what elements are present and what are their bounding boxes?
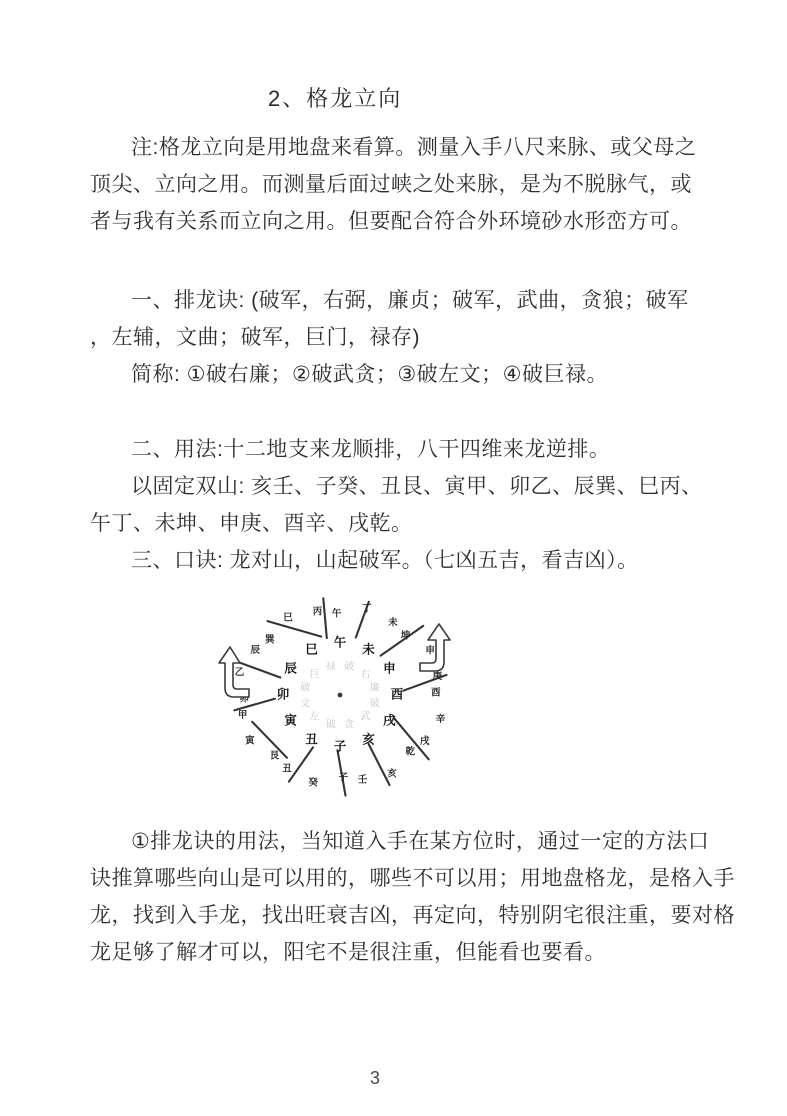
compass-char: 寅: [245, 735, 255, 747]
compass-char: 寅: [284, 713, 297, 728]
compass-char: 文: [300, 697, 310, 709]
compass-tick: [268, 621, 322, 637]
compass-char: 辛: [436, 713, 446, 725]
compass-char: 破: [300, 681, 310, 694]
compass-char: 亥: [362, 732, 375, 747]
compass-center-dot: [338, 693, 343, 698]
compass-char: 破: [344, 660, 354, 673]
compass-char: 酉: [391, 687, 404, 702]
document-page: 2、格龙立向 注:格龙立向是用地盘来看算。测量入手八尺来脉、或父母之 顶尖、立向…: [0, 0, 787, 1116]
compass-char: 丑: [305, 733, 318, 747]
text-line: 二、用法:十二地支来龙顺排，八干四维来龙逆排。: [90, 431, 730, 468]
text-line: 三、口诀: 龙对山，山起破军。（七凶五吉，看吉凶）。: [90, 542, 730, 579]
compass-char: 巳: [283, 613, 293, 624]
compass-char: 戌: [383, 713, 396, 728]
compass-char: 申: [383, 661, 396, 676]
compass-tick: [323, 598, 327, 638]
compass-char: 癸: [308, 776, 318, 788]
text-line: 龙足够了解才可以，阳宅不是很注重，但能看也要看。: [90, 934, 730, 971]
text-line: 龙，找到入手龙，找出旺衰吉凶，再定向，特别阴宅很注重，要对格: [90, 897, 730, 934]
compass-char: 右: [361, 668, 371, 680]
text-line: 注:格龙立向是用地盘来看算。测量入手八尺来脉、或父母之: [90, 129, 730, 166]
text-line: 以固定双山: 亥壬、子癸、丑艮、寅甲、卯乙、辰巽、巳丙、: [90, 468, 730, 505]
compass-char: 壬: [358, 773, 368, 785]
compass-char: 艮: [270, 750, 280, 762]
compass-char: 禄: [326, 661, 336, 673]
text-line: 顶尖、立向之用。而测量后面过峡之处来脉，是为不脱脉气，或: [90, 166, 730, 203]
compass-char: 未: [362, 642, 375, 657]
compass-char: 卯: [277, 687, 290, 702]
section-yongfa: 二、用法:十二地支来龙顺排，八干四维来龙逆排。 以固定双山: 亥壬、子癸、丑艮、…: [90, 431, 730, 579]
compass-char: 丑: [282, 763, 292, 774]
compass-char: 巳: [305, 643, 318, 657]
compass-char: 辰: [284, 661, 297, 676]
compass-char: 戌: [420, 735, 430, 747]
compass-char: 甲: [238, 710, 248, 721]
compass-char: 子: [339, 773, 349, 784]
compass-char: 贪: [344, 718, 355, 731]
paragraph-usage: ①排龙诀的用法，当知道入手在某方位时，通过一定的方法口 诀推算哪些向山是可以用的…: [90, 823, 730, 971]
compass-char: 辰: [250, 644, 260, 656]
paragraph-note: 注:格龙立向是用地盘来看算。测量入手八尺来脉、或父母之 顶尖、立向之用。而测量后…: [90, 129, 730, 240]
compass-char: 丁: [362, 604, 372, 615]
compass-char: 亥: [387, 767, 397, 779]
text-line: 简称: ①破右廉；②破武贪；③破左文；④破巨禄。: [90, 356, 730, 393]
text-line: ，左辅，文曲；破军，巨门，禄存): [90, 319, 730, 356]
text-line: 午丁、未坤、申庚、酉辛、戌乾。: [90, 505, 730, 542]
section-pailong-jue: 一、排龙诀: (破军，右弼，廉贞；破军，武曲，贪狼；破军 ，左辅，文曲；破军，巨…: [90, 282, 730, 393]
compass-char: 左: [310, 710, 320, 723]
text-line: 一、排龙诀: (破军，右弼，廉贞；破军，武曲，贪狼；破军: [90, 282, 730, 319]
compass-char: 武: [361, 710, 371, 723]
compass-char: 破: [370, 696, 380, 709]
compass-char: 巨: [310, 668, 320, 680]
compass-diagram: 午丁未坤申庚酉辛戌乾亥壬子癸丑艮寅甲卯乙辰巽巳丙 午未申酉戌亥子丑寅卯辰巳 破右…: [193, 583, 493, 798]
compass-char: 酉: [431, 687, 441, 699]
compass-char: 子: [334, 740, 347, 754]
text-line: 诀推算哪些向山是可以用的，哪些不可以用；用地盘格龙，是格入手: [90, 860, 730, 897]
compass-char: 乙: [235, 667, 245, 678]
compass-char: 未: [388, 617, 398, 629]
text-line: 者与我有关系而立向之用。但要配合符合外环境砂水形峦方可。: [90, 203, 730, 240]
compass-char: 庚: [433, 670, 443, 682]
compass-char: 坤: [401, 630, 411, 642]
page-title: 2、格龙立向: [268, 82, 402, 113]
compass-char: 午: [334, 635, 347, 650]
compass-char: 廉: [370, 681, 380, 694]
compass-char: 午: [332, 608, 342, 620]
compass-char: 申: [425, 645, 435, 657]
compass-char: 乾: [405, 745, 415, 757]
text-line: ①排龙诀的用法，当知道入手在某方位时，通过一定的方法口: [90, 823, 730, 860]
page-number: 3: [0, 1068, 750, 1089]
compass-char: 丙: [313, 606, 323, 618]
compass-char: 巽: [265, 634, 275, 646]
compass-char: 破: [326, 718, 336, 731]
